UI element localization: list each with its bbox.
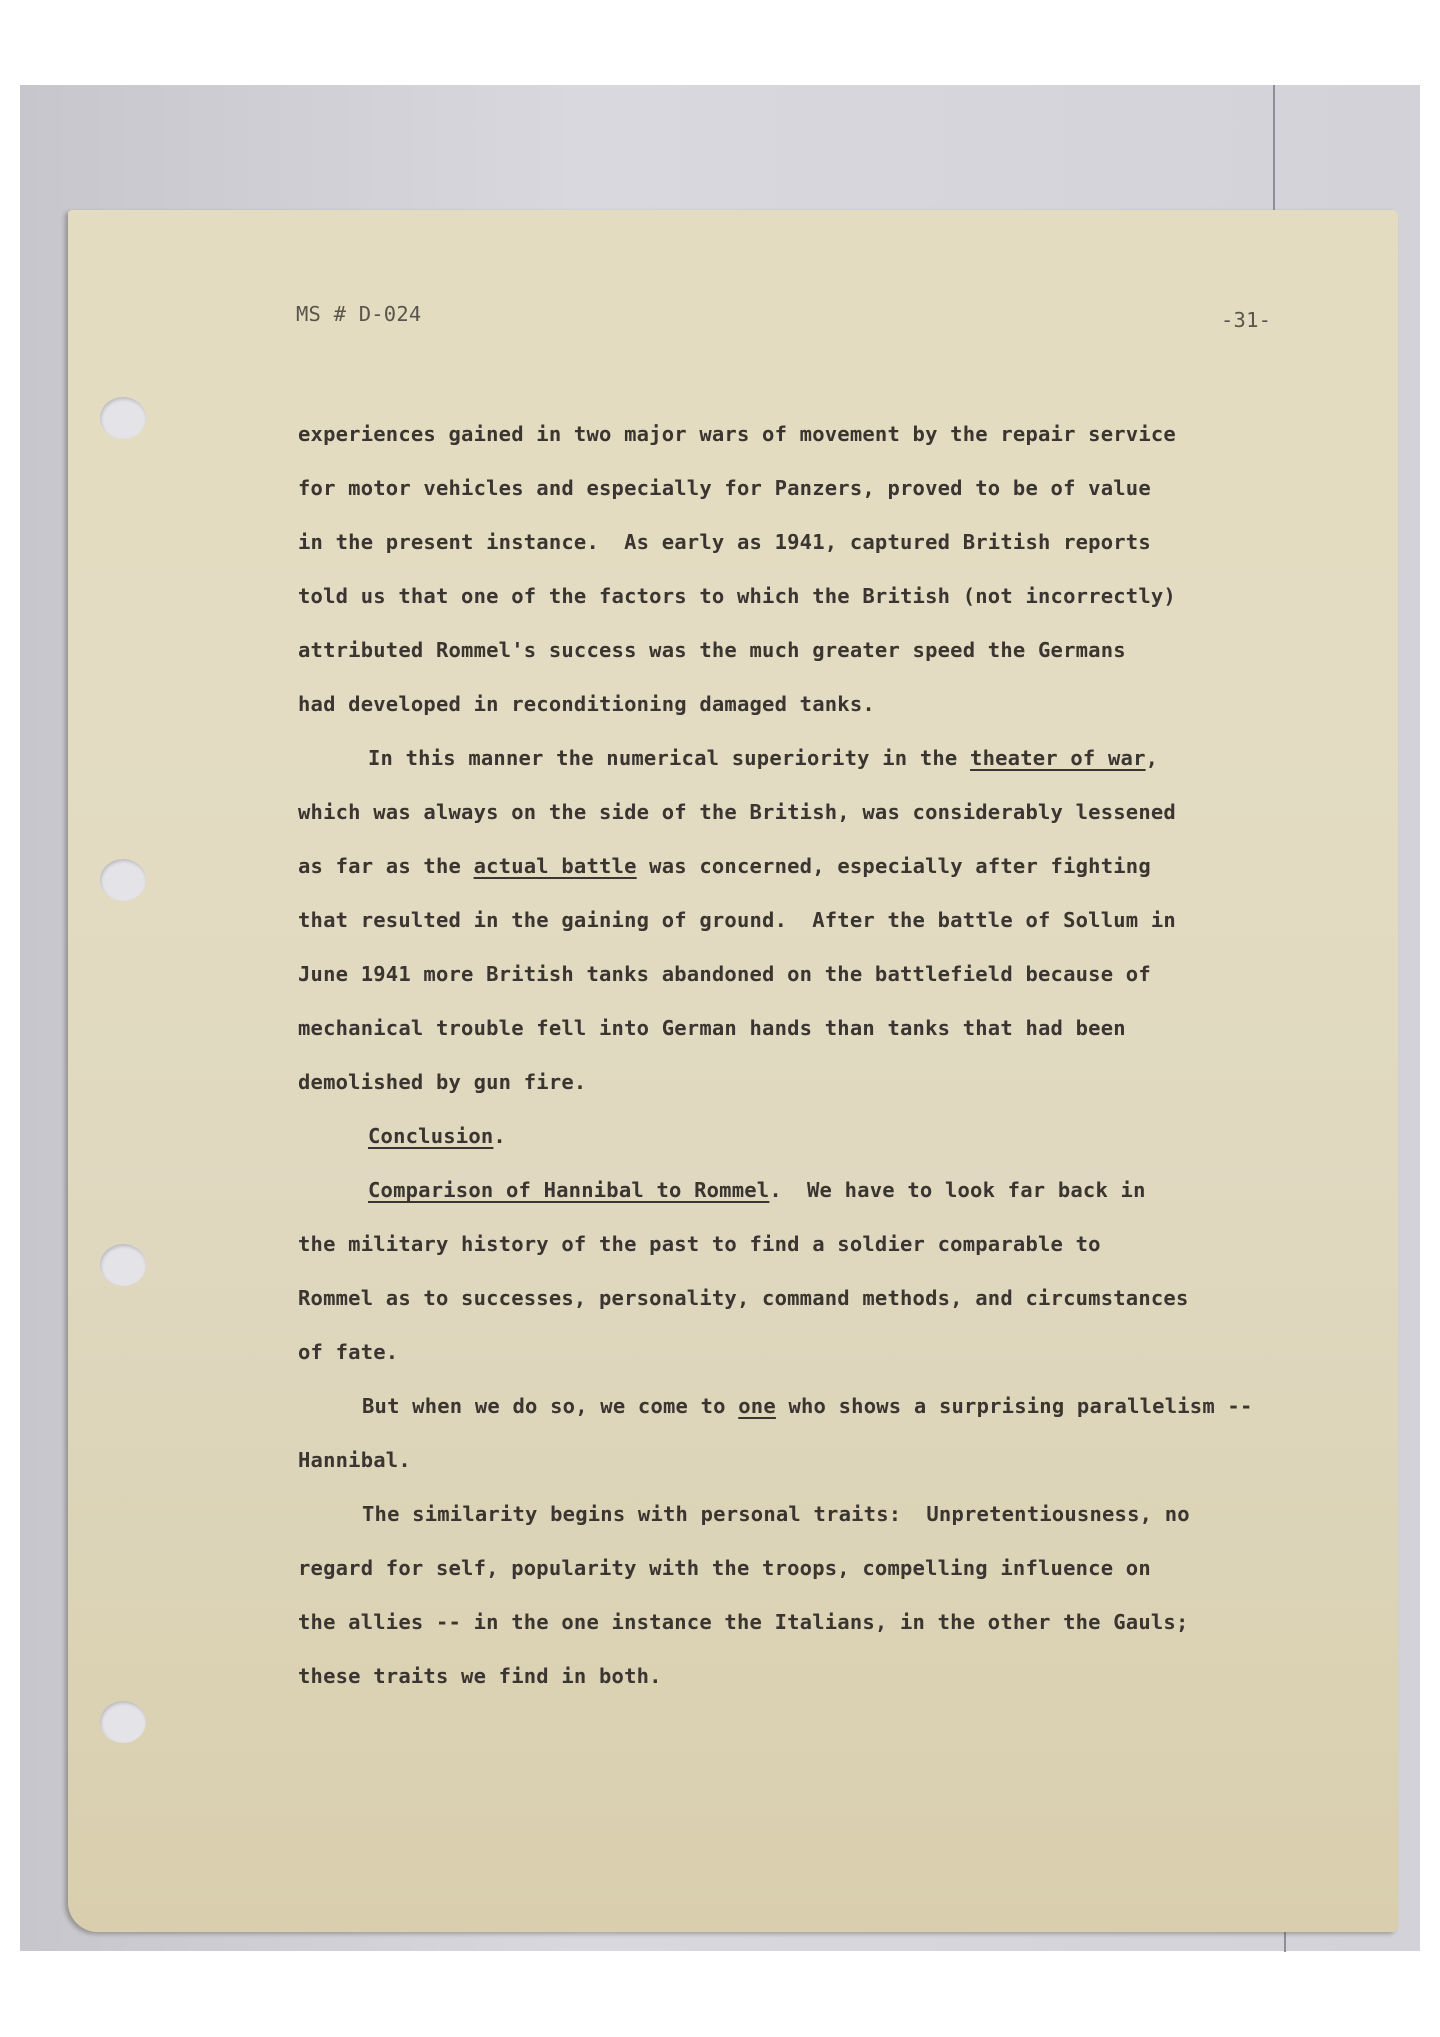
text-line: Hannibal. bbox=[298, 1448, 411, 1472]
line-text: who shows a surprising parallelism -- bbox=[776, 1394, 1253, 1418]
punch-hole bbox=[100, 397, 146, 439]
line-text: , bbox=[1146, 746, 1159, 770]
underlined-phrase: actual battle bbox=[474, 854, 637, 878]
typewritten-page bbox=[68, 210, 1398, 1932]
underlined-phrase: theater of war bbox=[970, 746, 1146, 770]
underlined-phrase: Comparison of Hannibal to Rommel bbox=[368, 1178, 769, 1202]
underlined-phrase: one bbox=[738, 1394, 776, 1418]
text-line: as far as the actual battle was concerne… bbox=[298, 854, 1151, 878]
text-line: The similarity begins with personal trai… bbox=[362, 1502, 1190, 1526]
text-line: which was always on the side of the Brit… bbox=[298, 800, 1176, 824]
text-line: But when we do so, we come to one who sh… bbox=[362, 1394, 1253, 1418]
line-text: was concerned, especially after fighting bbox=[637, 854, 1151, 878]
text-line: in the present instance. As early as 194… bbox=[298, 530, 1151, 554]
text-line: Comparison of Hannibal to Rommel. We hav… bbox=[368, 1178, 1146, 1202]
backdrop-seam bbox=[1284, 1930, 1286, 1952]
text-line: attributed Rommel's success was the much… bbox=[298, 638, 1126, 662]
line-text: as far as the bbox=[298, 854, 474, 878]
punch-hole bbox=[100, 1244, 146, 1286]
text-line: these traits we find in both. bbox=[298, 1664, 662, 1688]
text-line: In this manner the numerical superiority… bbox=[368, 746, 1158, 770]
punch-hole bbox=[100, 859, 146, 901]
manuscript-id: MS # D-024 bbox=[296, 302, 421, 326]
text-line: Rommel as to successes, personality, com… bbox=[298, 1286, 1189, 1310]
text-line: the allies -- in the one instance the It… bbox=[298, 1610, 1189, 1634]
page-number: -31- bbox=[1221, 308, 1271, 332]
line-text: But when we do so, we come to bbox=[362, 1394, 738, 1418]
text-line: the military history of the past to find… bbox=[298, 1232, 1101, 1256]
punch-hole bbox=[100, 1701, 146, 1743]
line-text: . We have to look far back in bbox=[769, 1178, 1145, 1202]
text-line: told us that one of the factors to which… bbox=[298, 584, 1176, 608]
backdrop-seam bbox=[1273, 85, 1275, 215]
line-text: In this manner the numerical superiority… bbox=[368, 746, 970, 770]
text-line: for motor vehicles and especially for Pa… bbox=[298, 476, 1151, 500]
text-line: of fate. bbox=[298, 1340, 398, 1364]
text-line: that resulted in the gaining of ground. … bbox=[298, 908, 1176, 932]
underlined-phrase: Conclusion bbox=[368, 1124, 493, 1148]
text-line: experiences gained in two major wars of … bbox=[298, 422, 1176, 446]
text-line: mechanical trouble fell into German hand… bbox=[298, 1016, 1126, 1040]
text-line: demolished by gun fire. bbox=[298, 1070, 586, 1094]
line-text: . bbox=[493, 1124, 506, 1148]
text-line: had developed in reconditioning damaged … bbox=[298, 692, 875, 716]
text-line: regard for self, popularity with the tro… bbox=[298, 1556, 1151, 1580]
text-line: Conclusion. bbox=[368, 1124, 506, 1148]
text-line: June 1941 more British tanks abandoned o… bbox=[298, 962, 1151, 986]
